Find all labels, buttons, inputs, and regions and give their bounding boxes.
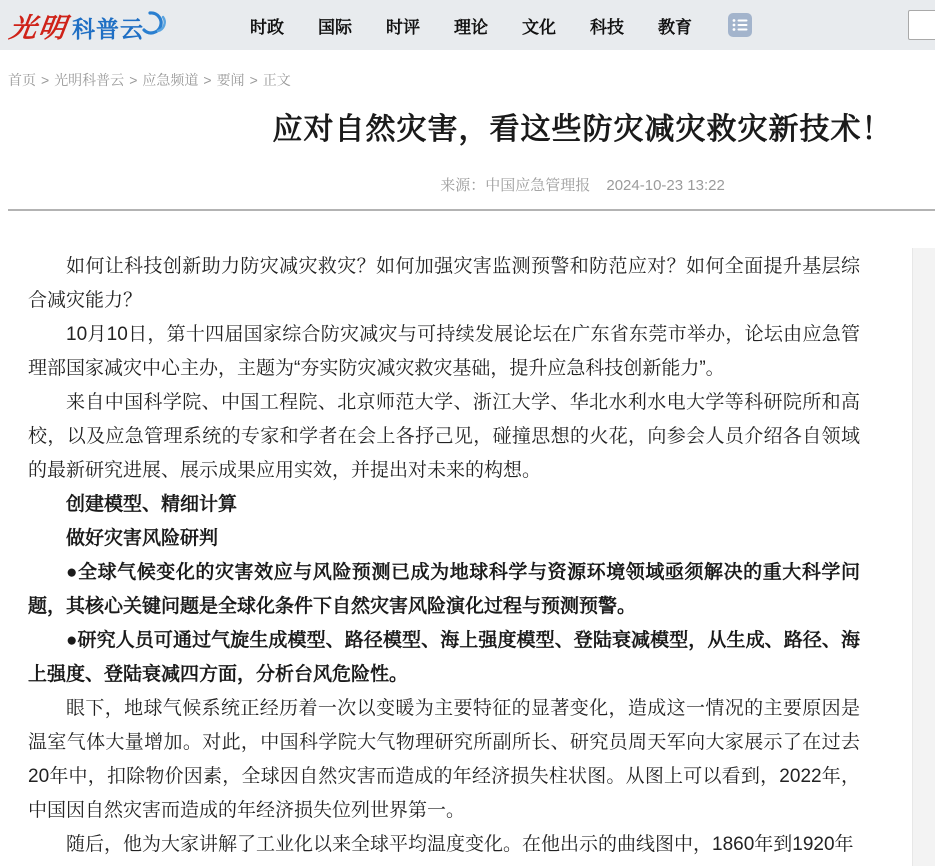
breadcrumb-home[interactable]: 首页	[8, 70, 36, 90]
site-logo[interactable]: 光明 科普云	[10, 6, 168, 45]
header-divider	[8, 209, 935, 211]
bullet-paragraph: ●全球气候变化的灾害效应与风险预测已成为地球科学与资源环境领域亟须解决的重大科学…	[28, 556, 860, 624]
nav-item-shiping[interactable]: 时评	[386, 13, 420, 38]
page-title: 应对自然灾害，看这些防灾减灾救灾新技术！	[0, 104, 935, 148]
logo-swoosh-icon	[142, 11, 168, 40]
bullet-paragraph: ●研究人员可通过气旋生成模型、路径模型、海上强度模型、登陆衰减模型，从生成、路径…	[28, 624, 860, 692]
breadcrumb-separator: >	[250, 72, 258, 88]
nav-item-guoji[interactable]: 国际	[318, 13, 352, 38]
nav-item-keji[interactable]: 科技	[590, 13, 624, 38]
breadcrumb-separator: >	[129, 72, 137, 88]
breadcrumb-current[interactable]: 正文	[263, 70, 291, 90]
breadcrumb-site[interactable]: 光明科普云	[54, 70, 124, 90]
main-nav: 时政 国际 时评 理论 文化 科技 教育	[233, 13, 752, 38]
article-paragraph: 随后，他为大家讲解了工业化以来全球平均温度变化。在他出示的曲线图中，1860年到…	[28, 828, 860, 862]
article-paragraph: 眼下，地球气候系统正经历着一次以变暖为主要特征的显著变化，造成这一情况的主要原因…	[28, 692, 860, 828]
article-header: 应对自然灾害，看这些防灾减灾救灾新技术！ 来源：中国应急管理报 2024-10-…	[0, 104, 935, 195]
source-label: 来源：中国应急管理报	[440, 177, 590, 194]
breadcrumb-section[interactable]: 要闻	[217, 70, 245, 90]
breadcrumb-separator: >	[41, 72, 49, 88]
list-menu-button[interactable]	[728, 13, 752, 37]
top-nav-bar: 光明 科普云 时政 国际 时评 理论 文化 科技 教育	[0, 0, 935, 50]
breadcrumb-channel[interactable]: 应急频道	[142, 70, 198, 90]
logo-text-blue: 科普云	[72, 11, 144, 44]
logo-text-red: 光明	[7, 6, 70, 45]
nav-item-wenhua[interactable]: 文化	[522, 13, 556, 38]
article-meta: 来源：中国应急管理报 2024-10-23 13:22	[0, 174, 935, 195]
search-input[interactable]	[908, 10, 935, 40]
scrollbar-track[interactable]	[912, 248, 935, 866]
article-body: 如何让科技创新助力防灾减灾救灾？如何加强灾害监测预警和防范应对？如何全面提升基层…	[28, 250, 860, 862]
nav-item-jiaoyu[interactable]: 教育	[658, 13, 692, 38]
list-menu-icon	[732, 18, 748, 32]
nav-item-shizheng[interactable]: 时政	[250, 13, 284, 38]
article-paragraph: 如何让科技创新助力防灾减灾救灾？如何加强灾害监测预警和防范应对？如何全面提升基层…	[28, 250, 860, 318]
breadcrumb: 首页 > 光明科普云 > 应急频道 > 要闻 > 正文	[8, 70, 291, 90]
article-paragraph: 来自中国科学院、中国工程院、北京师范大学、浙江大学、华北水利水电大学等科研院所和…	[28, 386, 860, 488]
page: 光明 科普云 时政 国际 时评 理论 文化 科技 教育	[0, 0, 935, 866]
publish-datetime: 2024-10-23 13:22	[606, 177, 724, 194]
section-heading: 做好灾害风险研判	[28, 522, 860, 556]
section-heading: 创建模型、精细计算	[28, 488, 860, 522]
article-paragraph: 10月10日，第十四届国家综合防灾减灾与可持续发展论坛在广东省东莞市举办，论坛由…	[28, 318, 860, 386]
breadcrumb-separator: >	[203, 72, 211, 88]
nav-item-lilun[interactable]: 理论	[454, 13, 488, 38]
